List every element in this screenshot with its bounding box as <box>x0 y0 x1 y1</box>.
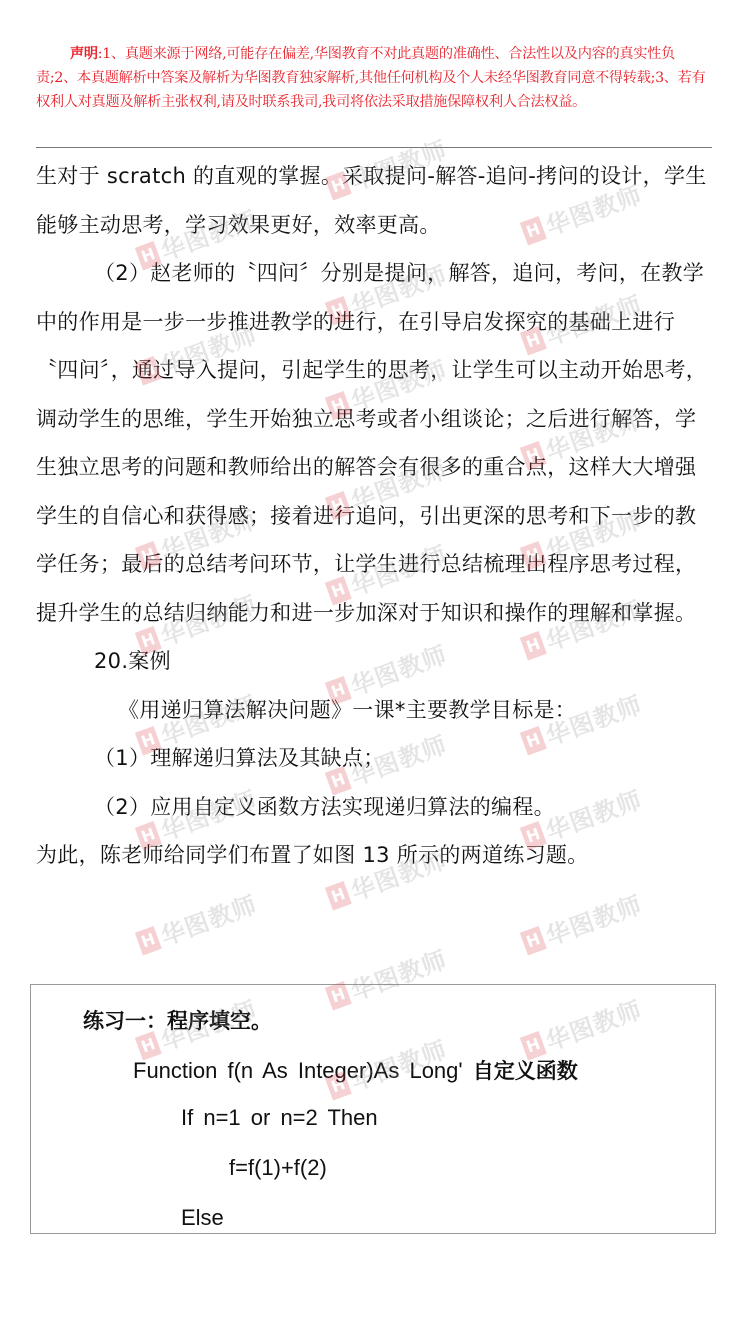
code-line-2: If n=1 or n=2 Then <box>181 1105 378 1131</box>
watermark-logo-icon: H <box>325 881 352 910</box>
disclaimer-text: :1、真题来源于网络,可能存在偏差,华图教育不对此真题的准确性、合法性以及内容的… <box>36 46 705 110</box>
watermark-logo-icon: H <box>520 926 547 955</box>
question-number: 20.案例 <box>36 637 716 686</box>
watermark: H华图教师 <box>518 885 646 960</box>
exercise-figure: 练习一：程序填空。 Function f(n As Integer)As Lon… <box>30 984 716 1234</box>
answer-body: 生对于 scratch 的直观的掌握。采取提问-解答-追问-拷问的设计，学生能够… <box>36 152 716 880</box>
exercise-title: 练习一：程序填空。 <box>83 1005 272 1035</box>
code-line-3: f=f(1)+f(2) <box>229 1155 327 1181</box>
divider <box>36 147 712 148</box>
watermark-text: 华图教师 <box>155 885 261 952</box>
code-line-4: Else <box>181 1205 224 1231</box>
question-intro: 《用递归算法解决问题》一课*主要教学目标是： <box>36 686 716 735</box>
goal-2: （2）应用自定义函数方法实现递归算法的编程。 <box>36 783 716 832</box>
disclaimer-label: 声明 <box>70 46 98 62</box>
disclaimer: 声明:1、真题来源于网络,可能存在偏差,华图教育不对此真题的准确性、合法性以及内… <box>36 42 712 114</box>
paragraph-2: （2）赵老师的〝四问〞分别是提问，解答，追问，考问，在教学中的作用是一步一步推进… <box>36 249 716 637</box>
watermark-text: 华图教师 <box>540 885 646 952</box>
watermark: H华图教师 <box>133 885 261 960</box>
watermark-logo-icon: H <box>135 926 162 955</box>
paragraph-1: 生对于 scratch 的直观的掌握。采取提问-解答-追问-拷问的设计，学生能够… <box>36 152 716 249</box>
question-outro: 为此，陈老师给同学们布置了如图 13 所示的两道练习题。 <box>36 831 716 880</box>
code-line-1: Function f(n As Integer)As Long' 自定义函数 <box>133 1055 578 1085</box>
code-text: Function f(n As Integer)As Long' <box>133 1058 463 1083</box>
goal-1: （1）理解递归算法及其缺点； <box>36 734 716 783</box>
code-comment: 自定义函数 <box>473 1059 578 1083</box>
